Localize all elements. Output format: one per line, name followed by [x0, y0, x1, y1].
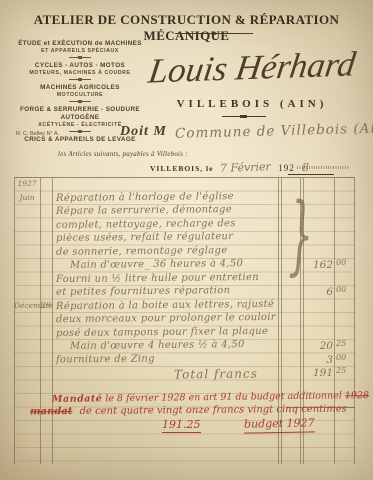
struck-word: mandat — [30, 406, 73, 417]
brace-mark: } — [288, 190, 295, 280]
service-line: ET APPAREILS SPÉCIAUX — [14, 48, 146, 55]
service-line: MACHINES AGRICOLES — [14, 84, 146, 92]
table-row: Main d'œuvre 4 heures ½ à 4,502025 — [14, 340, 355, 354]
centimes-cell: 00 — [336, 258, 354, 267]
ornament-divider — [69, 101, 91, 103]
doit-label: Doit M — [120, 124, 167, 139]
service-line: CYCLES - AUTOS - MOTOS — [14, 62, 146, 70]
date-cell: 1927 — [14, 179, 40, 188]
mandate-amount: 191.25 — [162, 418, 201, 433]
mandate-budget: budget 1927 — [244, 416, 315, 433]
centimes-cell: 25 — [336, 366, 354, 375]
ornament-divider — [69, 57, 91, 59]
service-line: MOTOCULTURE — [14, 92, 146, 99]
ornament-divider — [222, 116, 266, 117]
registration-number: R. C. Belley N° A. — [16, 131, 59, 137]
date-cell: Décembre — [14, 301, 40, 310]
service-line: FORGE & SERRURERIE - SOUDURE AUTOGÈNE — [14, 106, 146, 122]
table-row: deux morceaux pour prolonger le couloir — [14, 313, 355, 327]
table-row: posé deux tampons pour fixer la plaque — [14, 327, 355, 341]
table-row: et petites fournitures réparation600 — [14, 286, 355, 300]
place-label: VILLEBOIS, le — [150, 164, 213, 173]
ornament-divider — [175, 33, 253, 34]
printed-year: 192 — [278, 163, 295, 173]
francs-cell: 6 — [303, 286, 333, 298]
description-cell: fourniture de Zing — [56, 353, 155, 365]
service-line: ÉTUDE et EXÉCUTION de MACHINES — [14, 40, 146, 48]
business-owner-name: Louis Hérhard — [135, 44, 370, 92]
description-cell: Réparation à l'horloge de l'église — [56, 191, 234, 204]
struck-year: 1928 — [345, 390, 369, 401]
centimes-cell: 00 — [336, 353, 354, 362]
description-cell: deux morceaux pour prolonger le couloir — [56, 312, 276, 325]
date-cell: Juin — [14, 193, 40, 202]
description-cell: Main d'œuvre 4 heures ½ à 4,50 — [70, 339, 245, 352]
francs-cell: 191 — [303, 367, 333, 379]
description-cell: Répare la serrurerie, démontage — [56, 204, 232, 217]
invoice-document: ATELIER DE CONSTRUCTION & RÉPARATION MÉC… — [0, 0, 373, 480]
francs-cell: 3 — [303, 354, 333, 366]
description-cell: et petites fournitures réparation — [56, 285, 230, 298]
mandate-word: Mandaté — [52, 393, 102, 405]
client-name-handwritten: Commune de Villebois (Ain) — [175, 120, 373, 142]
table-row: Décembre29Réparation à la boite aux lett… — [14, 300, 355, 314]
centimes-cell: 25 — [336, 339, 354, 348]
table-row — [14, 435, 355, 449]
business-location: VILLEBOIS (AIN) — [138, 98, 366, 110]
description-cell: complet, nettoyage, recharge des — [56, 218, 236, 231]
bill-to-line: Doit M Commune de Villebois (Ain) — [120, 122, 373, 140]
date-underline — [288, 174, 334, 175]
day-cell: 29 — [40, 301, 52, 310]
description-cell: posé deux tampons pour fixer la plaque — [56, 325, 268, 338]
description-cell: Fourni un ½ litre huile pour entretien — [56, 271, 259, 284]
description-cell: pièces usées, refait le régulateur — [56, 231, 233, 244]
printer-mark — [297, 166, 349, 169]
centimes-cell: 00 — [336, 285, 354, 294]
description-cell: Main d'œuvre_ 36 heures à 4,50 — [70, 258, 243, 271]
handwritten-date: 7 Février — [220, 160, 271, 175]
table-row: fourniture de Zing300 — [14, 354, 355, 368]
ornament-divider — [69, 79, 91, 81]
table-row: Total francs19125 — [14, 367, 355, 381]
description-cell: Réparation à la boite aux lettres, rajus… — [56, 298, 274, 311]
articles-line: les Articles suivants, payables à Villeb… — [58, 151, 188, 158]
table-row — [14, 448, 355, 462]
ornament-divider — [69, 131, 91, 133]
total-label: Total francs — [174, 367, 258, 382]
service-line: MOTEURS, MACHINES À COUDRE — [14, 70, 146, 77]
francs-cell: 20 — [303, 340, 333, 352]
description-cell: de sonnerie, remontage réglage — [56, 245, 228, 258]
